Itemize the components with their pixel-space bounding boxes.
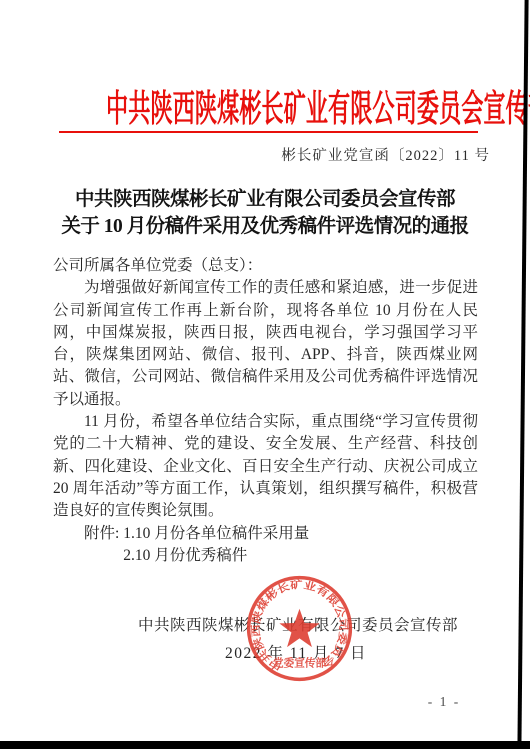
masthead-divider [59, 131, 478, 133]
page-number: - 1 - [424, 694, 464, 710]
attachments-block: 附件: 1.10 月份各单位稿件采用量 2.10 月份优秀稿件 [84, 523, 478, 568]
attachments-label: 附件: [84, 523, 123, 568]
document-title-line2: 关于 10 月份稿件采用及优秀稿件评选情况的通报 [0, 213, 530, 240]
document-title: 中共陕西陕煤彬长矿业有限公司委员会宣传部 关于 10 月份稿件采用及优秀稿件评选… [0, 186, 530, 240]
attachments-list: 1.10 月份各单位稿件采用量 2.10 月份优秀稿件 [123, 523, 309, 568]
attachment-item-1: 1.10 月份各单位稿件采用量 [123, 523, 309, 545]
body-paragraph-2: 11 月份，希望各单位结合实际，重点围绕“学习宣传贯彻党的二十大精神、党的建设、… [53, 411, 478, 522]
document-page: 中共陕西陕煤彬长矿业有限公司委员会宣传部 彬长矿业党宣函〔2022〕11 号 中… [0, 0, 530, 749]
document-body: 公司所属各单位党委（总支）： 为增强做好新闻宣传工作的责任感和紧迫感，进一步促进… [53, 255, 478, 567]
document-number: 彬长矿业党宣函〔2022〕11 号 [53, 144, 490, 165]
salutation: 公司所属各单位党委（总支）： [53, 255, 478, 277]
official-seal-stamp: 中共陕西陕煤彬长矿业有限公司委员会 党委宣传部 [243, 572, 356, 685]
attachment-item-2: 2.10 月份优秀稿件 [123, 545, 309, 567]
seal-star-icon [279, 609, 319, 647]
document-title-line1: 中共陕西陕煤彬长矿业有限公司委员会宣传部 [0, 186, 530, 213]
masthead-title: 中共陕西陕煤彬长矿业有限公司委员会宣传部 [106, 78, 424, 132]
seal-bottom-text: 党委宣传部 [273, 657, 326, 670]
body-paragraph-1: 为增强做好新闻宣传工作的责任感和紧迫感，进一步促进公司新闻宣传工作再上新台阶，现… [53, 277, 478, 411]
scan-edge-bottom [0, 741, 530, 749]
